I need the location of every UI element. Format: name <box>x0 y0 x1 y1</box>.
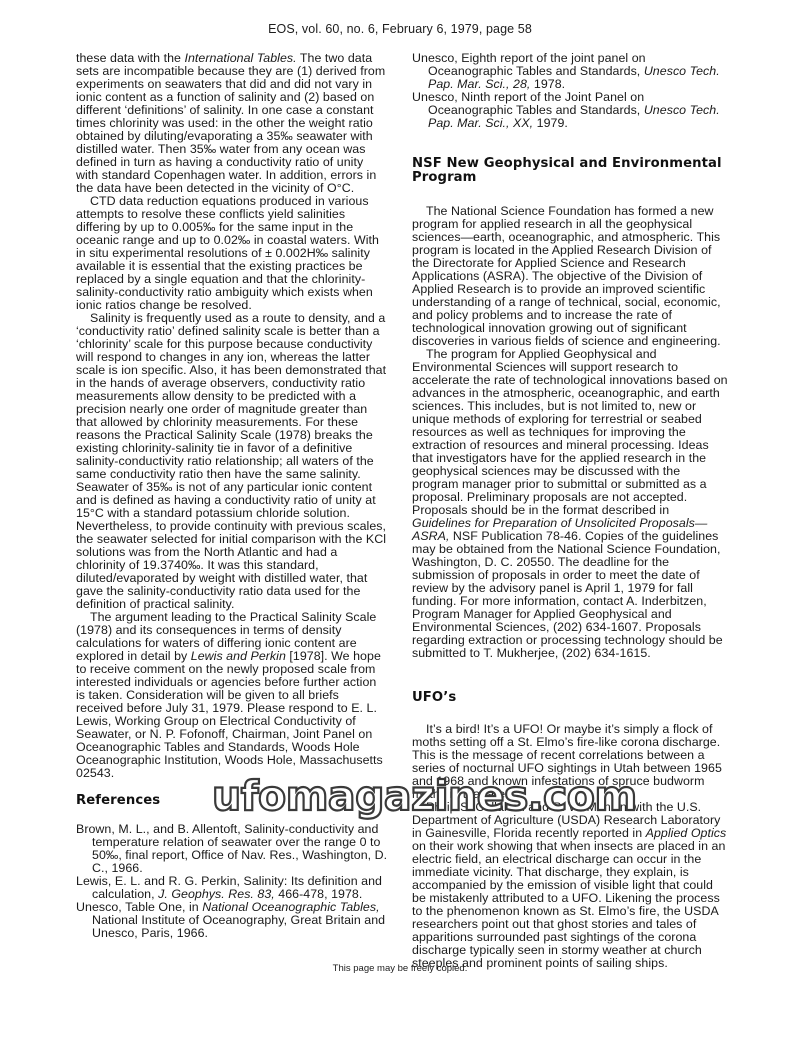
reference-item: Unesco, Ninth report of the Joint Panel … <box>412 91 730 130</box>
right-column: Unesco, Eighth report of the joint panel… <box>412 52 730 970</box>
copy-notice: This page may be freely copied. <box>0 963 800 974</box>
salinity-article-body: these data with the International Tables… <box>76 52 388 780</box>
text-run: The National Science Foundation has form… <box>412 204 721 348</box>
reference-item: Lewis, E. L. and R. G. Perkin, Salinity:… <box>76 875 388 901</box>
reference-item: Brown, M. L., and B. Allentoft, Salinity… <box>76 823 388 875</box>
reference-item: Unesco, Eighth report of the joint panel… <box>412 52 730 91</box>
left-column: these data with the International Tables… <box>76 52 388 940</box>
nsf-article-body: The National Science Foundation has form… <box>412 205 730 660</box>
text-run: Unesco, Table One, in <box>76 900 202 914</box>
text-run: 466-478, 1978. <box>275 887 363 901</box>
references-list-continued: Unesco, Eighth report of the joint panel… <box>412 52 730 130</box>
paragraph: It’s a bird! It’s a UFO! Or maybe it’s s… <box>412 723 730 801</box>
ufo-article-body: It’s a bird! It’s a UFO! Or maybe it’s s… <box>412 723 730 970</box>
text-run: on their work showing that when insects … <box>412 839 725 970</box>
references-list: Brown, M. L., and B. Allentoft, Salinity… <box>76 823 388 940</box>
italic-text: Lewis and Perkin <box>191 649 286 663</box>
text-run: The two data sets are incompatible becau… <box>76 51 385 195</box>
text-run: The program for Applied Geophysical and … <box>412 347 728 517</box>
reference-item: Unesco, Table One, in National Oceanogra… <box>76 901 388 940</box>
paragraph: The program for Applied Geophysical and … <box>412 348 730 660</box>
paragraph: Philip S. Callahan and R. W. Mankin with… <box>412 801 730 970</box>
text-run: It’s a bird! It’s a UFO! Or maybe it’s s… <box>412 722 722 801</box>
italic-text: J. Geophys. Res. 83, <box>158 887 275 901</box>
text-run: 1978. <box>530 77 565 91</box>
italic-text: Applied Optics <box>646 826 727 840</box>
paragraph: The argument leading to the Practical Sa… <box>76 611 388 780</box>
ufo-heading: UFO’s <box>412 691 730 705</box>
text-run: Brown, M. L., and B. Allentoft, Salinity… <box>76 822 387 875</box>
text-run: Unesco, Eighth report of the joint panel… <box>412 51 646 78</box>
text-run: 1979. <box>533 116 568 130</box>
text-run: Unesco, Ninth report of the Joint Panel … <box>412 90 644 117</box>
text-run: National Institute of Oceanography, Grea… <box>92 913 385 940</box>
running-head: EOS, vol. 60, no. 6, February 6, 1979, p… <box>0 22 800 36</box>
text-run: these data with the <box>76 51 184 65</box>
references-heading: References <box>76 794 388 808</box>
nsf-program-heading: NSF New Geophysical and Environmental Pr… <box>412 157 730 185</box>
paragraph: CTD data reduction equations produced in… <box>76 195 388 312</box>
italic-text: National Oceanographic Tables, <box>202 900 379 914</box>
text-run: [1978]. We hope to receive comment on th… <box>76 649 383 780</box>
italic-text: International Tables. <box>184 51 296 65</box>
paragraph: these data with the International Tables… <box>76 52 388 195</box>
paragraph: The National Science Foundation has form… <box>412 205 730 348</box>
text-run: Salinity is frequently used as a route t… <box>76 311 386 611</box>
text-run: CTD data reduction equations produced in… <box>76 194 379 312</box>
paragraph: Salinity is frequently used as a route t… <box>76 312 388 611</box>
text-run: NSF Publication 78-46. Copies of the gui… <box>412 529 723 660</box>
